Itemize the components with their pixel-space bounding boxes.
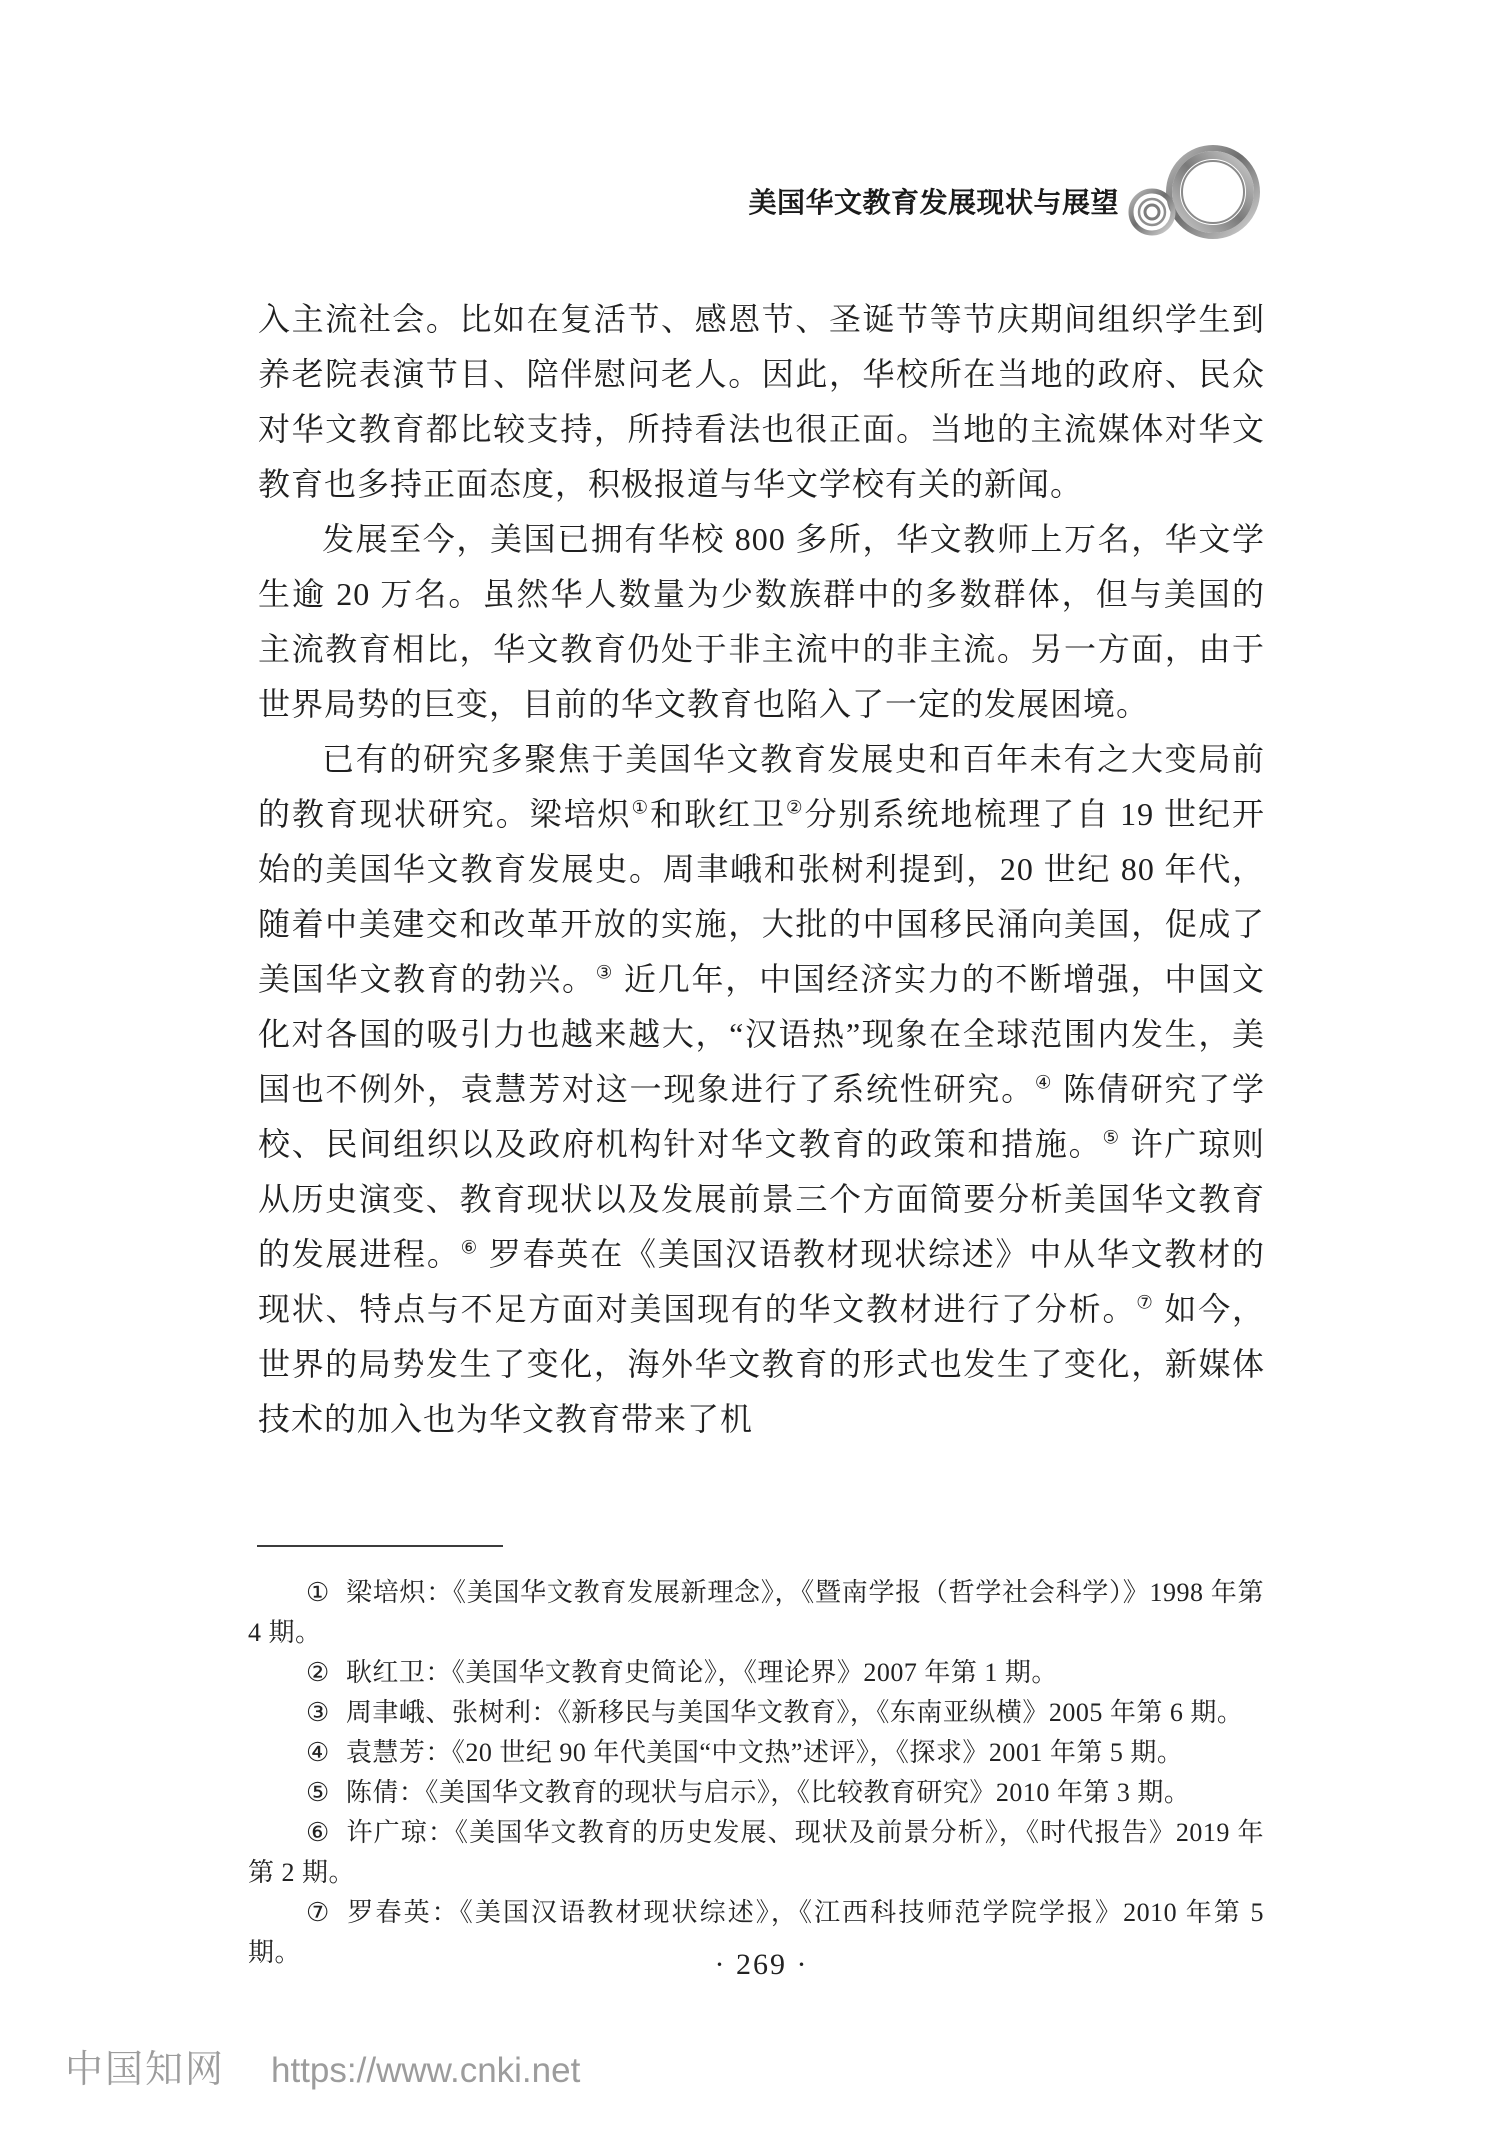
- footnote-item: ④袁慧芳：《20 世纪 90 年代美国“中文热”述评》，《探求》2001 年第 …: [248, 1733, 1264, 1773]
- cnki-brand-label: 中国知网: [65, 2038, 225, 2093]
- footnote-item: ⑥许广琼：《美国华文教育的历史发展、现状及前景分析》，《时代报告》2019 年第…: [248, 1813, 1264, 1893]
- footnote-marker: ⑦: [306, 1898, 331, 1927]
- footnote-marker: ⑤: [306, 1778, 330, 1807]
- body-text-block: 入主流社会。比如在复活节、感恩节、圣诞节等节庆期间组织学生到养老院表演节目、陪伴…: [258, 292, 1265, 1447]
- footnote-text: 陈倩：《美国华文教育的现状与启示》，《比较教育研究》2010 年第 3 期。: [346, 1778, 1191, 1807]
- page-number: · 269 ·: [258, 1948, 1265, 1982]
- footnote-marker: ②: [306, 1658, 330, 1687]
- footnote-text: 梁培炽：《美国华文教育发展新理念》，《暨南学报（哲学社会科学）》1998 年第 …: [248, 1578, 1264, 1647]
- document-page: { "header": { "title": "美国华文教育发展现状与展望" }…: [0, 0, 1512, 2136]
- page-header-title: 美国华文教育发展现状与展望: [748, 181, 1119, 221]
- journal-rings-logo-icon: [1120, 140, 1270, 240]
- cnki-url-text: https://www.cnki.net: [271, 2051, 580, 2091]
- footnote-text: 袁慧芳：《20 世纪 90 年代美国“中文热”述评》，《探求》2001 年第 5…: [346, 1738, 1184, 1767]
- footnote-item: ②耿红卫：《美国华文教育史简论》，《理论界》2007 年第 1 期。: [248, 1653, 1264, 1693]
- page-footer: 中国知网 https://www.cnki.net: [65, 2038, 580, 2093]
- body-paragraph: 发展至今，美国已拥有华校 800 多所，华文教师上万名，华文学生逾 20 万名。…: [258, 512, 1265, 732]
- footnote-marker: ④: [306, 1738, 330, 1767]
- footnote-text: 耿红卫：《美国华文教育史简论》，《理论界》2007 年第 1 期。: [346, 1658, 1058, 1687]
- body-paragraph: 入主流社会。比如在复活节、感恩节、圣诞节等节庆期间组织学生到养老院表演节目、陪伴…: [258, 292, 1265, 512]
- footnote-item: ③周聿峨、张树利：《新移民与美国华文教育》，《东南亚纵横》2005 年第 6 期…: [248, 1693, 1264, 1733]
- footnote-item: ⑤陈倩：《美国华文教育的现状与启示》，《比较教育研究》2010 年第 3 期。: [248, 1773, 1264, 1813]
- footnote-marker: ①: [306, 1578, 330, 1607]
- footnotes-block: ①梁培炽：《美国华文教育发展新理念》，《暨南学报（哲学社会科学）》1998 年第…: [248, 1573, 1264, 1973]
- footnote-text: 许广琼：《美国华文教育的历史发展、现状及前景分析》，《时代报告》2019 年第 …: [248, 1818, 1264, 1887]
- footnote-item: ①梁培炽：《美国华文教育发展新理念》，《暨南学报（哲学社会科学）》1998 年第…: [248, 1573, 1264, 1653]
- footnote-marker: ③: [306, 1698, 330, 1727]
- body-paragraph: 已有的研究多聚焦于美国华文教育发展史和百年未有之大变局前的教育现状研究。梁培炽①…: [258, 732, 1265, 1447]
- footnote-marker: ⑥: [306, 1818, 330, 1847]
- footnote-separator-rule: [257, 1545, 503, 1547]
- footnote-text: 周聿峨、张树利：《新移民与美国华文教育》，《东南亚纵横》2005 年第 6 期。: [346, 1698, 1244, 1727]
